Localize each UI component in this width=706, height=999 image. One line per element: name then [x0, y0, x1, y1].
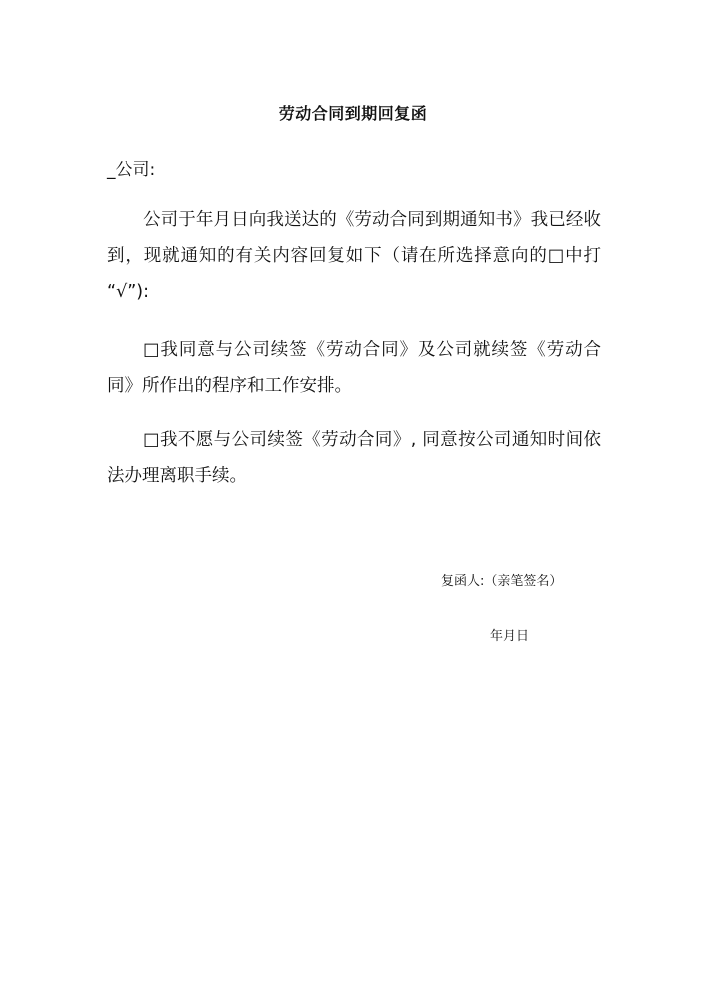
document-page: 劳动合同到期回复函 _公司: 公司于年月日向我送达的《劳动合同到期通知书》我已经…	[0, 0, 706, 999]
signature-label: 复函人:（亲笔签名）	[441, 572, 562, 592]
date-label: 年月日	[490, 627, 529, 647]
paragraph-option-decline-renew: □我不愿与公司续签《劳动合同》, 同意按公司通知时间依法办理离职手续。	[107, 422, 601, 494]
addressee-line: _公司:	[107, 158, 155, 182]
paragraph-option-agree-renew: □我同意与公司续签《劳动合同》及公司就续签《劳动合同》所作出的程序和工作安排。	[107, 332, 601, 404]
document-title: 劳动合同到期回复函	[0, 102, 706, 126]
paragraph-notice-received: 公司于年月日向我送达的《劳动合同到期通知书》我已经收到，现就通知的有关内容回复如…	[107, 202, 601, 310]
